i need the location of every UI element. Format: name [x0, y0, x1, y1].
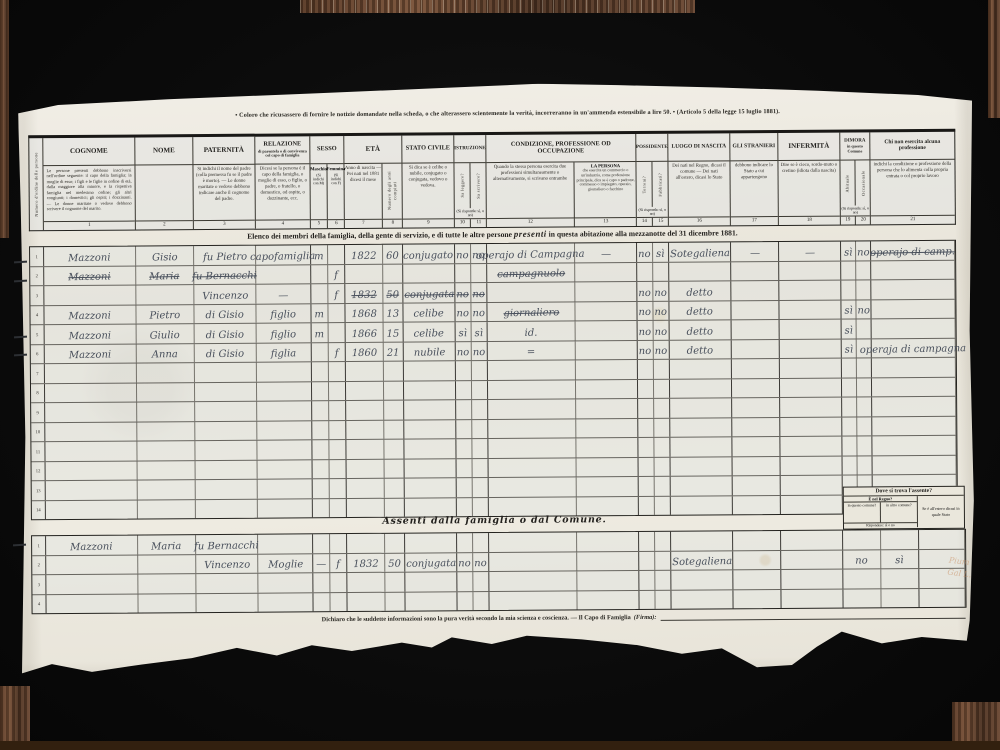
firma-label: (Firma): [634, 614, 657, 621]
cell-cognome [46, 481, 138, 500]
cell-nome [137, 383, 195, 402]
cell-sesso-m [312, 401, 329, 420]
cell-cognome [46, 500, 138, 519]
cell-luogo-nascita: Sotegaliena [669, 242, 731, 261]
cell-professione [489, 552, 577, 571]
subcol-desc: che esercita un commercio o un'industria… [574, 168, 636, 192]
cell-anni-compiuti: 13 [383, 303, 403, 322]
cell-fabbricati: no [653, 301, 669, 320]
cell-dimora-occasionale [857, 378, 872, 397]
col-num: 14 [637, 218, 653, 226]
cell-sa-scrivere: no [472, 342, 488, 361]
cell-sesso-f: f [328, 284, 345, 303]
col-num: 13 [575, 218, 637, 226]
cell-sesso-m [311, 265, 328, 284]
wood-table-edge-right [988, 0, 1000, 118]
col-title-nome: NOME [135, 137, 192, 165]
cell-relazione [258, 593, 313, 612]
header-col-stranieri: GLI STRANIERI debbono indicare lo Stato … [730, 133, 779, 225]
col-title-stato-civile: STATO CIVILE [402, 135, 453, 163]
cell-infermita [780, 417, 842, 436]
col-title-infermita: INFERMITÀ [778, 133, 839, 161]
cell-professione: operajo di Campagna [487, 243, 575, 262]
cell-professione [489, 497, 577, 516]
numero-vertical-label: Numero d'ordine delle persone [33, 152, 39, 217]
subcol-occasionale: Occasionale [855, 160, 870, 205]
cell-la-persona [576, 321, 638, 340]
cell-sesso-f [329, 440, 346, 459]
cell-terreni [638, 379, 654, 398]
cell-professione [488, 380, 576, 399]
cell-sa-leggere [457, 572, 473, 591]
row-number: 1 [30, 247, 44, 266]
cell-infermita [779, 281, 841, 300]
cell-terreni [639, 496, 655, 515]
cell-anno-nascita: 1822 [345, 245, 383, 264]
cell-relazione [258, 573, 313, 592]
cell-cognome: Mazzoni [44, 247, 136, 266]
cell-stato-civile [404, 361, 456, 380]
cell-nome [137, 441, 195, 460]
cell-terreni [639, 532, 655, 551]
cell-paternita [195, 441, 257, 460]
cell-fabbricati [655, 496, 671, 515]
col-num: 12 [487, 218, 575, 227]
cell-stranieri [733, 590, 781, 609]
cell-cognome: Mazzoni [44, 305, 136, 324]
cell-fabbricati [654, 438, 670, 457]
cell-nome [137, 422, 195, 441]
col-subtitle-relazione: di parentela o di convivenza col capo di… [256, 149, 308, 158]
cell-luogo-nascita: detto [670, 340, 732, 359]
cell-nome: Maria [138, 535, 196, 554]
cell-anni-compiuti [385, 534, 405, 553]
cell-sa-scrivere: no [471, 283, 487, 302]
cell-stato-civile [404, 420, 456, 439]
col-desc-cognome: Le persone presenti debbono inscriversi … [43, 166, 134, 222]
row-number: 13 [32, 481, 46, 500]
cell-anni-compiuti [384, 401, 404, 420]
cell-cognome [45, 403, 137, 422]
margin-pencil-note: Pium Gal L. [947, 555, 974, 582]
assenti-table: 1MazzoniMariafu Bernacchi2VincenzoMoglie… [31, 529, 967, 615]
cell-sesso-f [328, 245, 345, 264]
cell-la-persona [576, 380, 638, 399]
cell-paternita: di Gisio [195, 343, 257, 362]
cell-relazione [257, 401, 312, 420]
cell-sa-leggere: no [455, 303, 471, 322]
cell-anno-nascita: 1832 [345, 284, 383, 303]
cell-terreni [638, 360, 654, 379]
cell-chi-non-esercita: operaja di campagna [872, 338, 956, 357]
header-col-eta: ETÀ Anno di nascita — Pei nati nel 1881 … [344, 136, 403, 228]
cell-paternita [196, 574, 258, 593]
cell-sesso-f [329, 382, 346, 401]
cell-sa-scrivere [471, 264, 487, 283]
header-col-infermita: INFERMITÀ Dire se è cieco, sordo-muto o … [778, 133, 841, 225]
col-title-stranieri: GLI STRANIERI [730, 133, 777, 161]
cell-stranieri [733, 457, 781, 476]
cell-sa-leggere: no [457, 553, 473, 572]
row-number: 4 [30, 306, 44, 325]
cell-sesso-m [313, 499, 330, 518]
cell-sa-scrivere [473, 592, 489, 611]
row-number: 9 [31, 403, 45, 422]
row-number: 1 [32, 536, 46, 555]
dove-si-trova-box: Dove si trova l'assente? È nel Regno? in… [843, 486, 965, 530]
signature-blank-line [661, 617, 966, 621]
cell-nome: Giulio [137, 324, 195, 343]
col-num: 7 [345, 220, 383, 228]
subcol-anno-nascita: Anno di nascita — Pei nati nel 1881 dice… [344, 164, 382, 219]
cell-sesso-m [312, 440, 329, 459]
cell-stato-civile [404, 381, 456, 400]
cell-stato-civile: celibe [404, 322, 456, 341]
cell-sesso-f [330, 534, 347, 553]
col-num: 17 [731, 216, 778, 225]
col-num: 15 [653, 218, 669, 226]
cell-fabbricati [654, 418, 670, 437]
subcol-vertical-label: Sa scrivere? [476, 173, 482, 199]
subcol-sa-leggere: Sa leggere? [454, 163, 470, 208]
cell-relazione [257, 362, 312, 381]
cell-sa-scrivere [472, 381, 488, 400]
cell-infermita [781, 589, 843, 608]
cell-dimora-abituale: sì [842, 339, 857, 358]
cell-terreni: no [637, 301, 653, 320]
cell-dimora-occasionale [856, 280, 871, 299]
cell-sesso-f [329, 421, 346, 440]
cell-paternita [196, 593, 258, 612]
cell-sesso-f [329, 362, 346, 381]
cell-fabbricati [654, 360, 670, 379]
cell-infermita [780, 320, 842, 339]
cell-la-persona [577, 477, 639, 496]
col-desc-nome [135, 165, 192, 220]
col-num: 21 [871, 215, 955, 225]
subcol-la-persona: LA PERSONA che esercita un commercio o u… [574, 162, 636, 217]
cell-anno-nascita: 1832 [347, 553, 385, 572]
cell-chi-non-esercita [871, 299, 955, 318]
col-title-luogo-nascita: LUOGO DI NASCITA [668, 133, 729, 161]
row-number: 6 [31, 345, 45, 364]
cell-stranieri [733, 476, 781, 495]
cell-sesso-m: — [313, 554, 330, 573]
cell-luogo-nascita [669, 262, 731, 281]
cell-sa-scrivere [472, 361, 488, 380]
cell-sesso-f [330, 499, 347, 518]
cell-anni-compiuti: 15 [384, 323, 404, 342]
cell-anni-compiuti: 21 [384, 342, 404, 361]
subcol-due-professioni: Quando la stessa persona esercita due pr… [486, 162, 574, 218]
cell-anno-nascita [347, 573, 385, 592]
cell-dove-altro [881, 569, 919, 588]
cell-la-persona [577, 571, 639, 590]
cell-fabbricati [653, 262, 669, 281]
subcol-vertical-label: Numero degli anni compiuti [387, 165, 399, 217]
cell-cognome [45, 383, 137, 402]
cell-fabbricati [654, 399, 670, 418]
cell-stato-civile [404, 439, 456, 458]
col-title-relazione: RELAZIONE di parentela o di convivenza c… [255, 136, 309, 164]
cell-la-persona [576, 438, 638, 457]
cell-paternita: fu Pietro [194, 246, 256, 265]
cell-nome [138, 480, 196, 499]
col-title-cognome: COGNOME [43, 138, 134, 167]
cell-paternita [196, 460, 258, 479]
cell-stranieri: — [731, 242, 779, 261]
cell-dimora-occasionale [857, 417, 872, 436]
subcol-terreni: Terreni? [636, 162, 652, 207]
cell-paternita: fu Bernacchi [196, 535, 258, 554]
cell-sa-scrivere: sì [472, 322, 488, 341]
cell-stranieri [731, 262, 779, 281]
header-col-relazione: RELAZIONE di parentela o di convivenza c… [255, 136, 311, 228]
dove-altro-comune-label: in altro comune? [881, 502, 917, 522]
cell-anni-compiuti [384, 381, 404, 400]
cell-luogo-nascita [671, 476, 733, 495]
cell-fabbricati [655, 590, 671, 609]
cell-professione [489, 591, 577, 610]
subcol-desc: Quando la stessa persona esercita due pr… [484, 162, 575, 218]
cell-dove-questo [843, 530, 881, 549]
col-num: 16 [669, 216, 730, 225]
cell-luogo-nascita [671, 496, 733, 515]
header-col-nome: NOME 2 [135, 137, 194, 229]
header-col-cognome: COGNOME Le persone presenti debbono insc… [43, 138, 136, 231]
cell-relazione [258, 499, 313, 518]
cell-professione [488, 419, 576, 438]
row-number: 2 [32, 556, 46, 575]
cell-sa-scrivere [472, 400, 488, 419]
census-sheet: • Coloro che ricusassero di fornire le n… [18, 81, 976, 689]
cell-chi-non-esercita [873, 455, 957, 474]
cell-cognome: Mazzoni [45, 344, 137, 363]
col-num: 19 [841, 216, 856, 224]
col-num: 11 [471, 219, 487, 227]
cell-sa-leggere [457, 533, 473, 552]
photo-scene: • Coloro che ricusassero di fornire le n… [0, 0, 1000, 750]
cell-dimora-abituale: sì [841, 241, 856, 260]
cell-sesso-m [312, 343, 329, 362]
cell-sesso-f: f [329, 343, 346, 362]
cell-paternita [195, 382, 257, 401]
col-title-possidente: POSSIDENTE [636, 134, 667, 162]
header-col-dimora: DIMORA in questo Comune Abituale Occasio… [840, 132, 871, 224]
cell-anni-compiuti [384, 440, 404, 459]
cell-terreni [637, 262, 653, 281]
cell-dove-altro [881, 589, 919, 608]
cell-cognome: Mazzoni [46, 536, 138, 555]
cell-stato-civile [405, 572, 457, 591]
row-number: 8 [31, 384, 45, 403]
cell-stato-civile [403, 264, 455, 283]
cell-sa-leggere [456, 420, 472, 439]
cell-luogo-nascita [670, 359, 732, 378]
col-desc-luogo-nascita: Dei nati nel Regno, dicasi il comune — D… [668, 161, 729, 216]
col-title-sesso: SESSO [310, 136, 343, 164]
header-col-condizione: CONDIZIONE, PROFESSIONE OD OCCUPAZIONE Q… [486, 134, 637, 227]
cell-anni-compiuti [385, 459, 405, 478]
cell-sesso-m [312, 382, 329, 401]
row-number: 4 [32, 595, 46, 614]
cell-anno-nascita [345, 264, 383, 283]
cell-chi-non-esercita [872, 377, 956, 396]
cell-sa-scrivere: no [471, 303, 487, 322]
row-number: 5 [31, 325, 45, 344]
col-desc-stranieri: debbono indicare lo Stato a cui apparten… [730, 161, 777, 216]
cell-cognome [46, 575, 138, 594]
cell-luogo-nascita: detto [670, 320, 732, 339]
cell-anni-compiuti [384, 362, 404, 381]
cell-fabbricati [655, 571, 671, 590]
row-number: 2 [30, 267, 44, 286]
cell-dimora-abituale: sì [841, 300, 856, 319]
cell-stranieri [731, 281, 779, 300]
cell-nome [137, 402, 195, 421]
cell-anno-nascita [347, 479, 385, 498]
cell-anni-compiuti [385, 592, 405, 611]
cell-dove-questo [843, 569, 881, 588]
cell-chi-non-esercita [872, 358, 956, 377]
cell-anno-nascita [346, 381, 384, 400]
cell-sa-leggere: no [455, 244, 471, 263]
subcol-vertical-label: Occasionale [860, 170, 866, 195]
row-number: 7 [31, 364, 45, 383]
cell-stato-civile: conjugata [403, 283, 455, 302]
cell-relazione [257, 382, 312, 401]
cell-sesso-f: f [330, 554, 347, 573]
wood-table-edge-left [0, 0, 9, 238]
cell-sesso-m [313, 460, 330, 479]
cell-terreni: no [637, 282, 653, 301]
row-number: 3 [30, 286, 44, 305]
cell-sa-leggere: no [455, 283, 471, 302]
cell-paternita [196, 480, 258, 499]
cell-infermita [780, 437, 842, 456]
cell-dimora-abituale [841, 280, 856, 299]
cell-dove-estero [919, 530, 965, 549]
cell-professione [489, 458, 577, 477]
cell-sa-leggere: sì [456, 322, 472, 341]
cell-sesso-m [313, 534, 330, 553]
cell-nome [138, 574, 196, 593]
cell-terreni [638, 399, 654, 418]
cell-luogo-nascita: detto [669, 281, 731, 300]
cell-sesso-m [312, 421, 329, 440]
cell-professione [489, 477, 577, 496]
cell-relazione: figlia [257, 343, 312, 362]
cell-sesso-m: m [311, 304, 328, 323]
cell-anno-nascita [347, 534, 385, 553]
wood-table-edge-bottom [0, 741, 1000, 750]
header-col-numero: Numero d'ordine delle persone [29, 138, 44, 230]
cell-sa-leggere [457, 478, 473, 497]
cell-dimora-abituale: sì [842, 319, 857, 338]
cell-luogo-nascita: detto [669, 301, 731, 320]
cell-chi-non-esercita [871, 280, 955, 299]
cell-stato-civile [405, 592, 457, 611]
cell-paternita [195, 402, 257, 421]
cell-anno-nascita [347, 498, 385, 517]
cell-dimora-abituale [841, 261, 856, 280]
cell-dimora-abituale [842, 378, 857, 397]
subcol-vertical-label: Sa leggere? [459, 174, 465, 198]
cell-nome [137, 363, 195, 382]
cell-la-persona [577, 458, 639, 477]
cell-luogo-nascita [671, 531, 733, 550]
cell-fabbricati: no [654, 340, 670, 359]
col-num: 10 [455, 219, 471, 227]
cell-sa-scrivere [473, 459, 489, 478]
cell-sesso-m [313, 573, 330, 592]
cell-stranieri [732, 359, 780, 378]
cell-paternita [195, 421, 257, 440]
cell-sesso-f [330, 460, 347, 479]
cell-relazione: figlio [256, 304, 311, 323]
cell-relazione: — [256, 284, 311, 303]
col-num: 2 [136, 220, 193, 229]
cell-sa-scrivere [473, 572, 489, 591]
cell-chi-non-esercita [872, 397, 956, 416]
cell-professione [487, 282, 575, 301]
cell-luogo-nascita [670, 398, 732, 417]
cell-terreni [639, 457, 655, 476]
dove-questo-comune-label: in questo comune? [844, 502, 881, 522]
header-col-chi-non-esercita: Chi non esercita alcuna professione indi… [870, 132, 955, 225]
cell-sesso-m [312, 362, 329, 381]
subcol-maschio: Maschio (Si indichi con M) [310, 164, 327, 219]
presenti-table: 1MazzoniGisiofu Pietrocapofamigliam18226… [29, 240, 958, 520]
cell-sa-scrivere [473, 478, 489, 497]
cell-fabbricati [654, 379, 670, 398]
cell-dimora-occasionale [856, 261, 871, 280]
cell-sesso-m [313, 593, 330, 612]
col-title-paternita: PATERNITÀ [193, 137, 254, 165]
header-col-istruzione: ISTRUZIONE Sa leggere? Sa scrivere? (Si … [454, 135, 487, 227]
cell-nome [136, 285, 194, 304]
cell-terreni [639, 590, 655, 609]
cell-anno-nascita: 1868 [345, 303, 383, 322]
cell-chi-non-esercita [871, 260, 955, 279]
cell-stato-civile [404, 400, 456, 419]
cell-terreni [638, 438, 654, 457]
row-number: 10 [31, 423, 45, 442]
cell-sesso-f [330, 593, 347, 612]
cell-dimora-abituale [843, 456, 858, 475]
cell-sa-leggere [457, 592, 473, 611]
wood-table-edge-top [300, 0, 695, 13]
cell-chi-non-esercita: operajo di camp. [871, 241, 955, 260]
cell-anno-nascita [346, 362, 384, 381]
cell-relazione [258, 479, 313, 498]
col-desc-chi-non-esercita: indichi la condizione o professione dell… [870, 160, 954, 216]
cell-la-persona [576, 341, 638, 360]
cell-anno-nascita [346, 420, 384, 439]
cell-terreni [639, 477, 655, 496]
cell-la-persona [577, 591, 639, 610]
cell-stranieri [732, 398, 780, 417]
legal-notice: • Coloro che ricusassero di fornire le n… [73, 107, 942, 120]
cell-sa-leggere [457, 498, 473, 517]
cell-paternita [195, 363, 257, 382]
cell-stranieri [733, 531, 781, 550]
cell-professione [489, 532, 577, 551]
cell-sa-leggere [456, 400, 472, 419]
cell-la-persona [577, 552, 639, 571]
cell-dimora-occasionale: no [856, 241, 871, 260]
cell-professione: giornaliero [487, 302, 575, 321]
